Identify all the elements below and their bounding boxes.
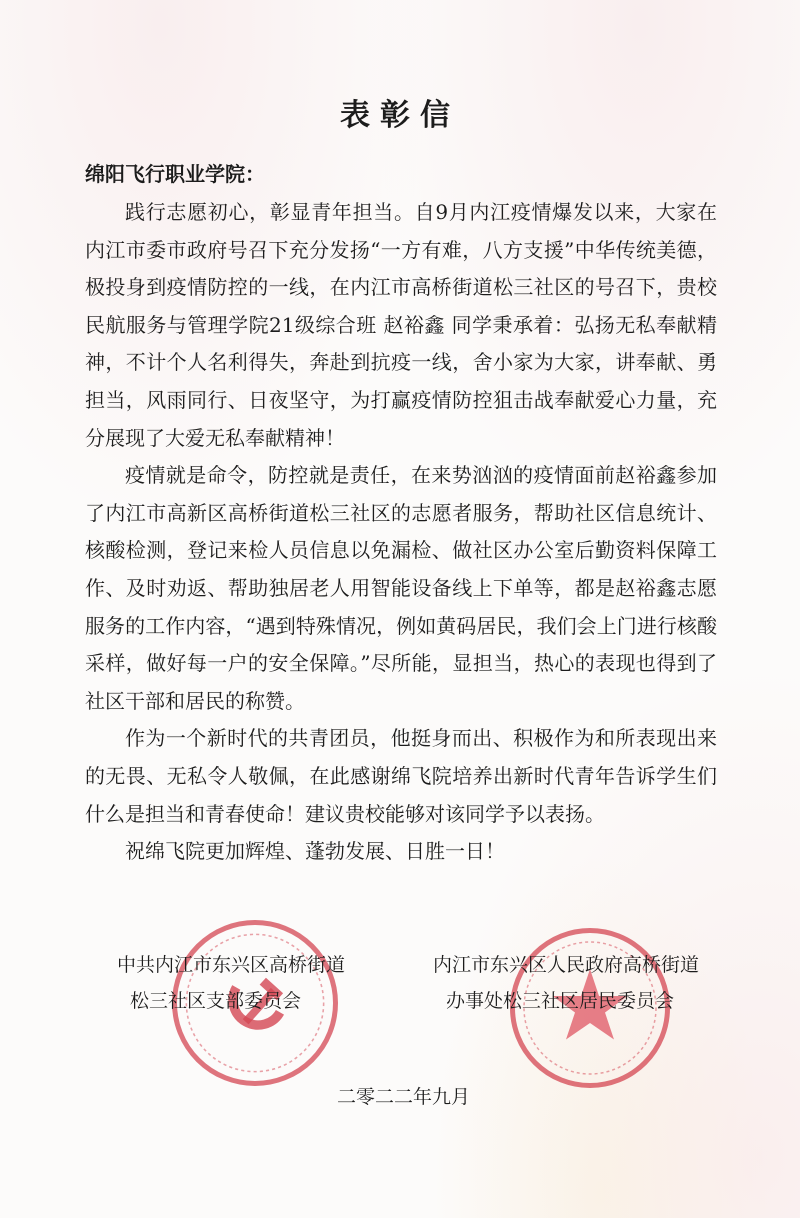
signature-left-line2: 松三社区支部委员会: [117, 983, 345, 1019]
signature-right-line1: 内江市东兴区人民政府高桥街道: [433, 947, 699, 983]
recipient: 绵阳飞行职业学院：: [85, 158, 265, 187]
signature-left-line1: 中共内江市东兴区高桥街道: [117, 947, 345, 983]
signature-left: 中共内江市东兴区高桥街道 松三社区支部委员会: [117, 947, 345, 1019]
letter-title: 表彰信: [0, 90, 800, 134]
paragraph: 践行志愿初心，彰显青年担当。自9月内江疫情爆发以来，大家在内江市委市政府号召下充…: [85, 194, 717, 457]
letter-date: 二零二二年九月: [337, 1082, 470, 1109]
paragraph: 作为一个新时代的共青团员，他挺身而出、积极作为和所表现出来的无畏、无私令人敬佩，…: [85, 720, 717, 833]
paragraph: 祝绵飞院更加辉煌、蓬勃发展、日胜一日！: [85, 833, 717, 871]
paragraph: 疫情就是命令，防控就是责任，在来势汹汹的疫情面前赵裕鑫参加了内江市高新区高桥街道…: [85, 457, 717, 720]
letter-body: 践行志愿初心，彰显青年担当。自9月内江疫情爆发以来，大家在内江市委市政府号召下充…: [85, 194, 717, 871]
signature-right-line2: 办事处松三社区居民委员会: [433, 983, 699, 1019]
signature-right: 内江市东兴区人民政府高桥街道 办事处松三社区居民委员会: [433, 947, 699, 1019]
